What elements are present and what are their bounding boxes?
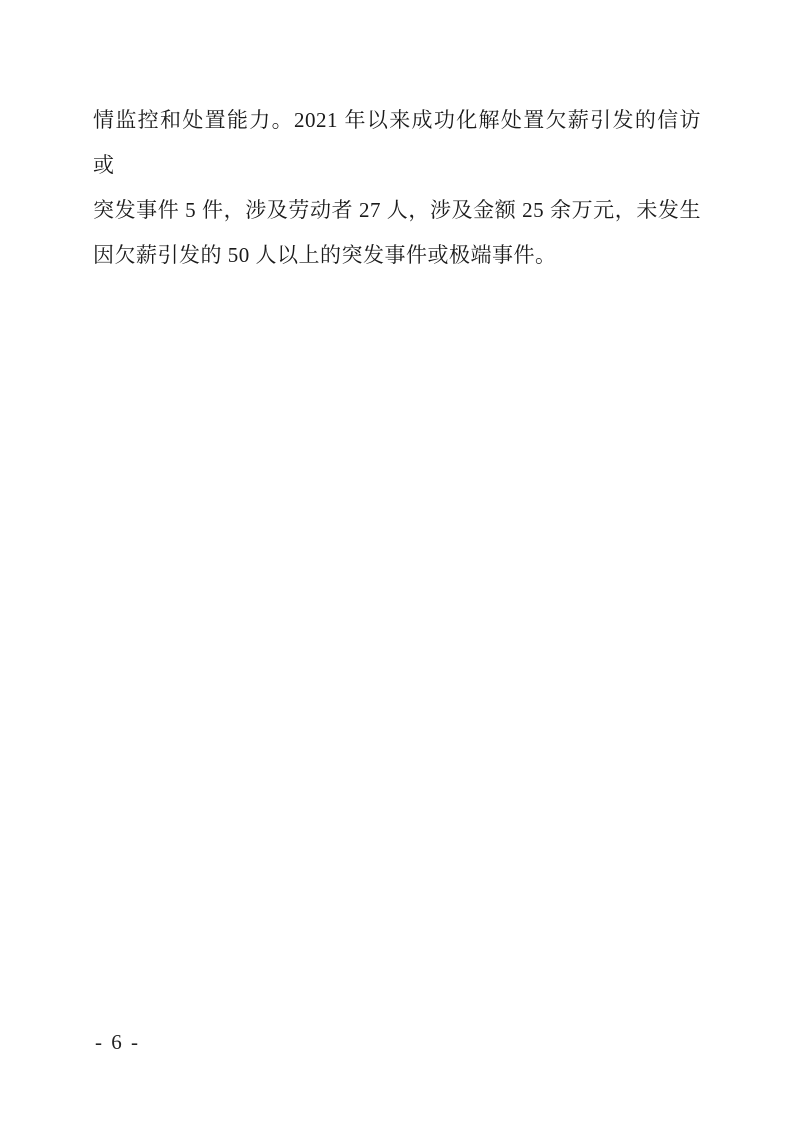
body-paragraph: 情监控和处置能力。2021 年以来成功化解处置欠薪引发的信访或 突发事件 5 件…: [93, 98, 701, 278]
paragraph-line-1: 情监控和处置能力。2021 年以来成功化解处置欠薪引发的信访或: [93, 98, 701, 188]
page-number: - 6 -: [95, 1029, 140, 1055]
paragraph-line-3: 因欠薪引发的 50 人以上的突发事件或极端事件。: [93, 233, 701, 278]
paragraph-line-2: 突发事件 5 件，涉及劳动者 27 人，涉及金额 25 余万元，未发生: [93, 188, 701, 233]
document-page: 情监控和处置能力。2021 年以来成功化解处置欠薪引发的信访或 突发事件 5 件…: [0, 0, 793, 1122]
